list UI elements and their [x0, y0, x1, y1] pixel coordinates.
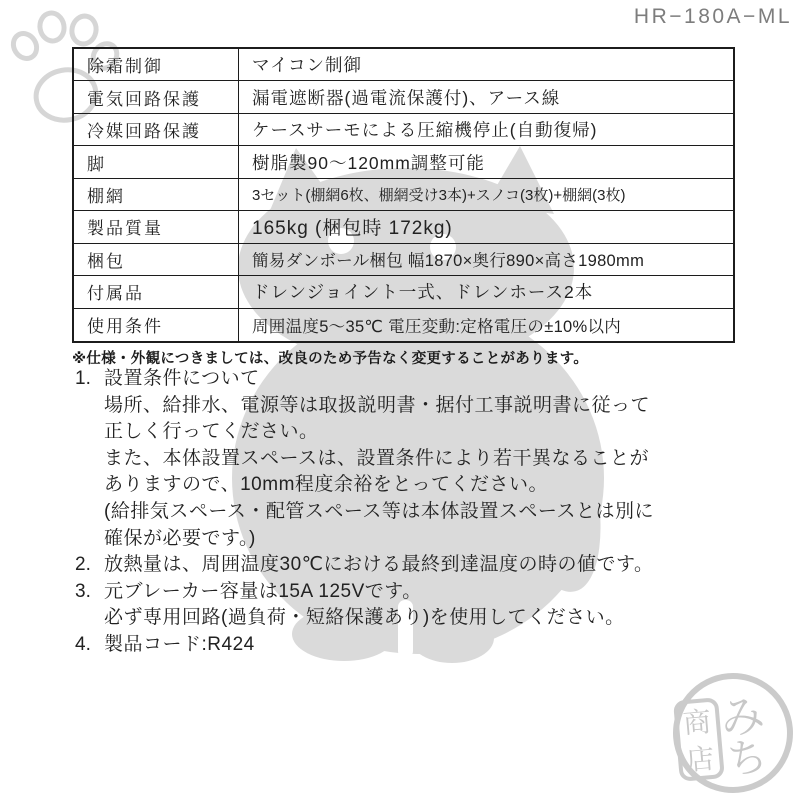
note-text: 元ブレーカー容量は15A 125Vです。 必ず専用回路(過負荷・短絡保護あり)を…: [104, 579, 625, 632]
spec-value: ドレンジョイント一式、ドレンホース2本: [239, 276, 733, 307]
spec-label: 電気回路保護: [74, 81, 239, 112]
model-number-title: HR−180A−ML: [634, 5, 792, 29]
note-item: 4. 製品コード:R424: [75, 632, 654, 659]
note-number: 3.: [75, 579, 104, 632]
note-line: ありますので、10mm程度余裕をとってください。: [104, 472, 654, 499]
spec-label: 冷媒回路保護: [74, 114, 239, 145]
table-row: 脚 樹脂製90〜120mm調整可能: [74, 146, 733, 178]
note-item: 2. 放熱量は、周囲温度30℃における最終到達温度の時の値です。: [75, 552, 654, 579]
spec-value: 簡易ダンボール梱包 幅1870×奥行890×高さ1980mm: [239, 244, 733, 275]
note-line: 必ず専用回路(過負荷・短絡保護あり)を使用してください。: [104, 605, 625, 632]
note-line: 製品コード:R424: [104, 632, 255, 659]
note-line: 放熱量は、周囲温度30℃における最終到達温度の時の値です。: [104, 552, 653, 579]
note-number: 4.: [75, 632, 104, 659]
note-item: 3. 元ブレーカー容量は15A 125Vです。 必ず専用回路(過負荷・短絡保護あ…: [75, 579, 654, 632]
spec-label: 付属品: [74, 276, 239, 307]
note-line: (給排気スペース・配管スペース等は本体設置スペースとは別に: [104, 499, 654, 526]
note-text: 設置条件について 場所、給排水、電源等は取扱説明書・据付工事説明書に従って 正し…: [104, 366, 654, 552]
note-text: 放熱量は、周囲温度30℃における最終到達温度の時の値です。: [104, 552, 653, 579]
note-number: 2.: [75, 552, 104, 579]
spec-label: 製品質量: [74, 211, 239, 242]
note-line: 確保が必要です。): [104, 526, 654, 553]
note-text: 製品コード:R424: [104, 632, 255, 659]
spec-value: 樹脂製90〜120mm調整可能: [239, 146, 733, 177]
spec-value: 漏電遮断器(過電流保護付)、アース線: [239, 81, 733, 112]
table-row: 付属品 ドレンジョイント一式、ドレンホース2本: [74, 276, 733, 308]
note-line: 正しく行ってください。: [104, 419, 654, 446]
disclaimer-note: ※仕様・外観につきましては、改良のため予告なく変更することがあります。: [72, 347, 588, 368]
spec-value: 周囲温度5〜35℃ 電圧変動:定格電圧の±10%以内: [239, 309, 733, 341]
spec-value: 165kg (梱包時 172kg): [239, 211, 733, 242]
content: HR−180A−ML 除霜制御 マイコン制御 電気回路保護 漏電遮断器(過電流保…: [0, 0, 800, 800]
note-item: 1. 設置条件について 場所、給排水、電源等は取扱説明書・据付工事説明書に従って…: [75, 366, 654, 552]
note-line: 場所、給排水、電源等は取扱説明書・据付工事説明書に従って: [104, 393, 654, 420]
spec-label: 棚網: [74, 179, 239, 210]
spec-value: ケースサーモによる圧縮機停止(自動復帰): [239, 114, 733, 145]
notes-list: 1. 設置条件について 場所、給排水、電源等は取扱説明書・据付工事説明書に従って…: [75, 366, 654, 659]
note-number: 1.: [75, 366, 104, 552]
note-line: 元ブレーカー容量は15A 125Vです。: [104, 579, 625, 606]
note-line: また、本体設置スペースは、設置条件により若干異なることが: [104, 446, 654, 473]
spec-label: 梱包: [74, 244, 239, 275]
table-row: 製品質量 165kg (梱包時 172kg): [74, 211, 733, 243]
note-line: 設置条件について: [104, 366, 654, 393]
spec-value: マイコン制御: [239, 49, 733, 80]
table-row: 棚網 3セット(棚網6枚、棚網受け3本)+スノコ(3枚)+棚網(3枚): [74, 179, 733, 211]
table-row: 冷媒回路保護 ケースサーモによる圧縮機停止(自動復帰): [74, 114, 733, 146]
table-row: 使用条件 周囲温度5〜35℃ 電圧変動:定格電圧の±10%以内: [74, 309, 733, 341]
spec-sheet-page: み ち 商 店 HR−180A−ML 除霜制御 マイコン制御 電気回路保護 漏電…: [0, 0, 800, 800]
table-row: 電気回路保護 漏電遮断器(過電流保護付)、アース線: [74, 81, 733, 113]
spec-table: 除霜制御 マイコン制御 電気回路保護 漏電遮断器(過電流保護付)、アース線 冷媒…: [72, 47, 735, 343]
table-row: 梱包 簡易ダンボール梱包 幅1870×奥行890×高さ1980mm: [74, 244, 733, 276]
spec-label: 脚: [74, 146, 239, 177]
table-row: 除霜制御 マイコン制御: [74, 49, 733, 81]
spec-label: 使用条件: [74, 309, 239, 341]
spec-label: 除霜制御: [74, 49, 239, 80]
spec-value: 3セット(棚網6枚、棚網受け3本)+スノコ(3枚)+棚網(3枚): [239, 179, 733, 210]
